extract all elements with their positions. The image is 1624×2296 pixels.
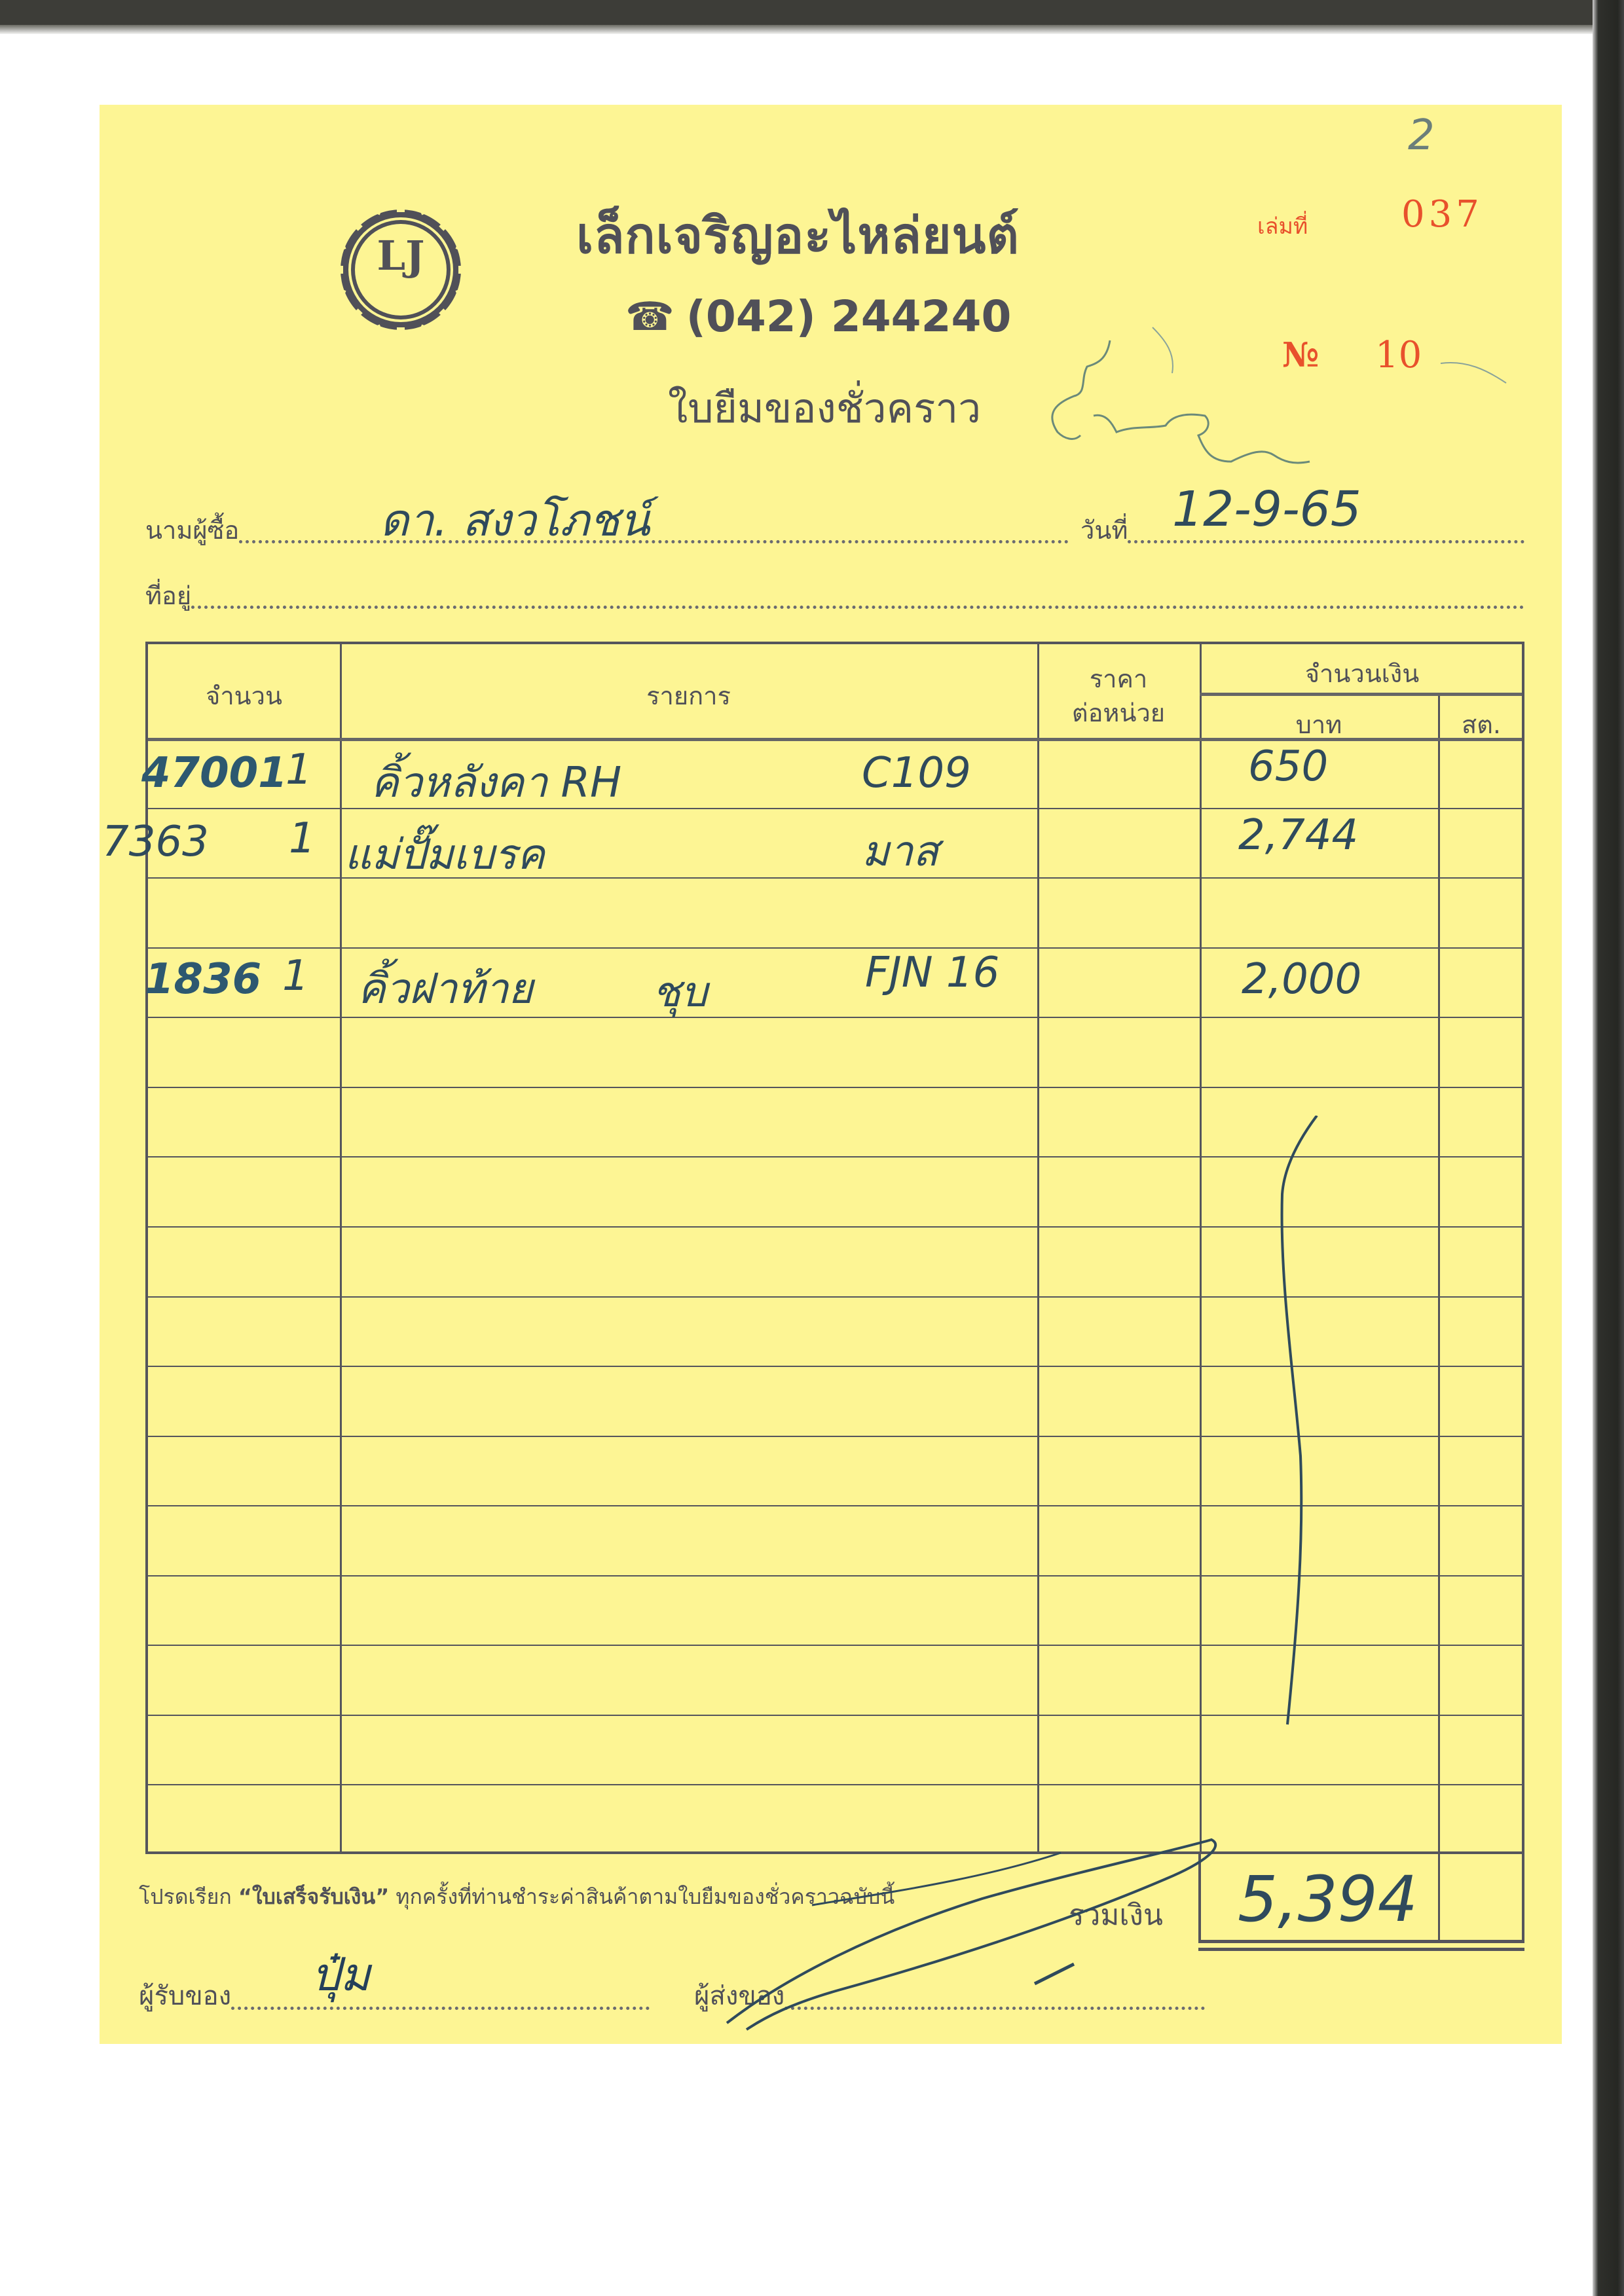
phone-number: (042) 244240 [686,291,1012,342]
row2-baht[interactable]: 2,744 [1238,811,1358,860]
receiver-label: ผู้รับของ [139,1975,231,2016]
svg-text:LJ: LJ [377,232,425,280]
items-table: จำนวน รายการ ราคา ต่อหน่วย จำนวนเงิน บาท… [145,642,1524,1854]
row1-model[interactable]: C109 [862,749,971,797]
row1-description[interactable]: คิ้วหลังคา RH [371,749,621,816]
row2-description[interactable]: แม่ปั๊มเบรค [344,821,545,888]
scanner-top-border [0,0,1624,27]
header-description: รายการ [340,676,1037,716]
pen-scribble [1035,321,1559,491]
col-divider-desc [1037,644,1039,1851]
date-value[interactable]: 12-9-65 [1172,481,1361,538]
row4-model[interactable]: FJN 16 [865,949,999,997]
buyer-dotted-line [239,540,1069,543]
col-divider-price [1200,644,1202,1851]
row4-extra[interactable]: ชุบ [652,958,707,1025]
buyer-value[interactable]: ดา. สงวโภชน์ [380,484,650,555]
address-dotted-line[interactable] [191,606,1524,609]
header-baht: บาท [1200,704,1438,744]
table-row-line [148,1017,1522,1018]
total-double-underline [1198,1948,1524,1951]
date-dotted-line [1128,540,1524,543]
corner-handwritten-mark: 2 [1408,111,1435,160]
book-number: 037 [1401,193,1483,236]
row2-qty[interactable]: 1 [289,814,316,863]
handwritten-ditto-line [1268,1116,1346,1738]
table-row-line [148,1784,1522,1785]
address-label: ที่อยู่ [145,575,191,615]
row4-code[interactable]: 1836 [145,955,261,1004]
book-label: เล่มที่ [1257,208,1308,244]
row1-code[interactable]: 47001 [141,749,287,797]
row2-model[interactable]: มาส [862,818,938,884]
total-satang-divider [1438,1854,1440,1940]
receiver-dotted-line [231,2007,650,2010]
total-value[interactable]: 5,394 [1238,1863,1418,1936]
receiver-field-row: ผู้รับของ [139,1977,650,2016]
document-title: ใบยืมของชั่วคราว [668,376,981,441]
address-field-row: ที่อยู่ [145,570,1524,615]
col-divider-satang [1438,693,1440,1851]
row4-qty[interactable]: 1 [282,952,309,1000]
paper-top-edge [0,25,1598,34]
header-qty: จำนวน [148,676,340,716]
header-amount: จำนวนเงิน [1200,653,1524,693]
phone-line: ☎ (042) 244240 [625,291,1011,342]
scanner-right-border [1593,0,1624,2296]
header-unit-price-2: ต่อหน่วย [1037,693,1200,733]
telephone-icon: ☎ [625,294,674,340]
row2-code[interactable]: 7363 [102,818,209,866]
table-row-line [148,947,1522,949]
row1-baht[interactable]: 650 [1248,742,1328,791]
note-prefix: โปรดเรียก [139,1884,238,1909]
note-bold: “ใบเสร็จรับเงิน” [238,1884,389,1909]
row1-qty[interactable]: 1 [286,746,312,794]
table-row-line [148,1087,1522,1088]
company-logo-gear-icon: LJ [335,204,466,335]
sender-signature-stroke[interactable] [707,1827,1231,2043]
company-name: เล็กเจริญอะไหล่ยนต์ [576,196,1020,275]
buyer-label: นามผู้ซื้อ [145,510,239,550]
header-satang: สต. [1438,704,1524,744]
receiver-signature[interactable]: ปุ๋ม [311,1938,371,2011]
row4-description[interactable]: คิ้วฝาท้าย [358,955,533,1022]
table-row-line [148,808,1522,809]
date-label: วันที่ [1080,510,1128,550]
row4-baht[interactable]: 2,000 [1242,955,1361,1004]
col-divider-qty [340,644,342,1851]
